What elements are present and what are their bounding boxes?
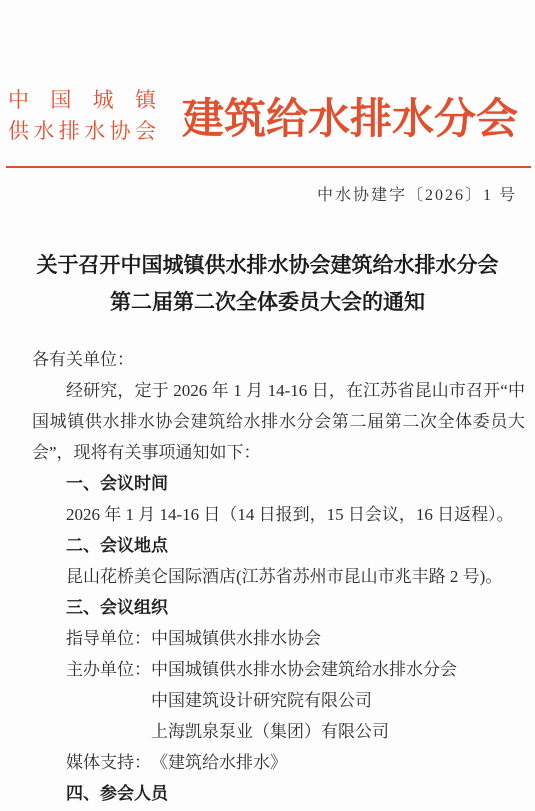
organizer-label: 媒体支持：	[66, 747, 151, 778]
section-heading-venue: 二、会议地点	[32, 530, 525, 561]
section-heading-time: 一、会议时间	[32, 468, 525, 499]
org-name-line1: 中国城镇	[8, 85, 156, 116]
section-content-venue: 昆山花桥美仑国际酒店(江苏省苏州市昆山市兆丰路 2 号)。	[32, 561, 525, 592]
organizer-value: 中国城镇供水排水协会	[151, 629, 321, 648]
organizer-value: 中国城镇供水排水协会建筑给水排水分会	[151, 654, 525, 685]
letterhead: 中国城镇 供水排水协会 建筑给水排水分会	[0, 84, 535, 148]
section-heading-organization: 三、会议组织	[32, 592, 525, 623]
organizer-entry-guidance: 指导单位： 中国城镇供水排水协会	[32, 623, 525, 654]
section-heading-attendees: 四、参会人员	[32, 778, 525, 809]
organizer-entry-media: 媒体支持： 《建筑给水排水》	[32, 747, 525, 778]
org-name-line2: 供水排水协会	[8, 116, 156, 147]
organizer-value: 《建筑给水排水》	[151, 753, 287, 772]
organizer-value: 中国建筑设计研究院有限公司	[151, 685, 525, 716]
notice-body: 各有关单位： 经研究，定于 2026 年 1 月 14-16 日，在江苏省昆山市…	[0, 344, 535, 809]
notice-document-page: 中国城镇 供水排水协会 建筑给水排水分会 中水协建字〔2026〕1 号 关于召开…	[0, 0, 535, 811]
organizer-label: 主办单位：	[66, 654, 151, 747]
organizer-entry-host: 主办单位： 中国城镇供水排水协会建筑给水排水分会 中国建筑设计研究院有限公司 上…	[32, 654, 525, 747]
section-content-time: 2026 年 1 月 14-16 日（14 日报到，15 日会议，16 日返程）…	[32, 499, 525, 530]
organizer-label: 指导单位：	[66, 623, 151, 654]
notice-title: 关于召开中国城镇供水排水协会建筑给水排水分会 第二届第二次全体委员大会的通知	[0, 247, 535, 321]
branch-name: 建筑给水排水分会	[182, 86, 518, 146]
notice-title-line2: 第二届第二次全体委员大会的通知	[0, 284, 535, 321]
intro-paragraph: 经研究，定于 2026 年 1 月 14-16 日，在江苏省昆山市召开“中国城镇…	[32, 375, 525, 468]
letterhead-divider	[6, 166, 531, 168]
notice-title-line1: 关于召开中国城镇供水排水协会建筑给水排水分会	[0, 247, 535, 284]
org-name-block: 中国城镇 供水排水协会	[8, 85, 156, 147]
doc-number: 中水协建字〔2026〕1 号	[0, 185, 535, 206]
organizer-value: 上海凯泉泵业（集团）有限公司	[151, 716, 525, 747]
salutation: 各有关单位：	[32, 344, 525, 375]
